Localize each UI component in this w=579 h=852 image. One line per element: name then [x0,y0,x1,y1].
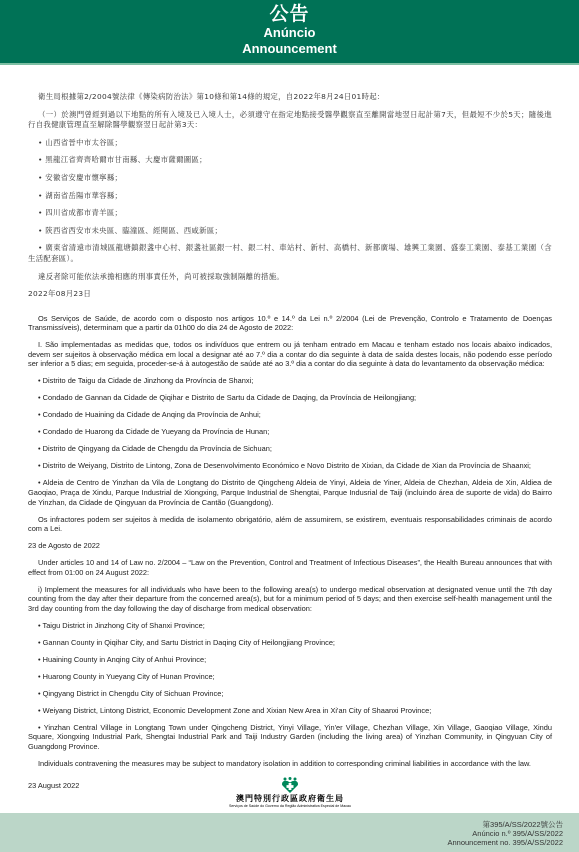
zh-location-item: • 廣東省清遠市清城區龍塘鎮銀盞中心村、銀盞社區銀一村、銀二村、車站村、新村、高… [28,243,552,264]
en-location-item: • Huarong County in Yueyang City of Huna… [28,672,552,682]
english-section: Under articles 10 and 14 of Law no. 2/20… [28,558,552,790]
zh-location-item: • 四川省成都市青羊區； [28,208,552,219]
pt-intro: Os Serviços de Saúde, de acordo com o di… [28,314,552,333]
pt-location-item: • Distrito de Taigu da Cidade de Jinzhon… [28,376,552,386]
en-location-item: • Taigu District in Jinzhong City of Sha… [28,621,552,631]
title-en: Announcement [0,41,579,57]
title-pt: Anúncio [0,25,579,41]
ref-pt: Anúncio n.º 395/A/SS/2022 [447,829,563,838]
zh-measure: （一）於澳門曾經到過以下地點的所有入境及已入境人士，必須遵守在指定地點接受醫學觀… [28,110,552,131]
en-location-item: • Yinzhan Central Village in Longtang To… [28,723,552,752]
announcement-reference: 第395/A/SS/2022號公告 Anúncio n.º 395/A/SS/2… [447,820,563,847]
zh-intro: 衛生局根據第2/2004號法律《傳染病防治法》第10條和第14條的規定，自202… [28,92,552,103]
ref-zh: 第395/A/SS/2022號公告 [447,820,563,829]
pt-location-item: • Condado de Gannan da Cidade de Qiqihar… [28,393,552,403]
pt-location-item: • Aldeia de Centro de Yinzhan da Vila de… [28,478,552,507]
health-bureau-logo: 澳門特別行政區政府衛生局 Serviços de Saúde do Govern… [200,777,380,809]
en-intro: Under articles 10 and 14 of Law no. 2/20… [28,558,552,577]
zh-penalty: 違反者除可能依法承擔相應的刑事責任外，尚可被採取強制隔離的措施。 [28,272,552,283]
announcement-body: 衛生局根據第2/2004號法律《傳染病防治法》第10條和第14條的規定，自202… [28,92,552,798]
pt-measure: I. São implementadas as medidas que, tod… [28,340,552,369]
zh-location-item: • 黑龍江省齊齊哈爾市甘南縣、大慶市薩爾圖區； [28,155,552,166]
zh-location-item: • 陝西省西安市未央區、臨潼區、經開區、西咸新區； [28,226,552,237]
bureau-name-zh: 澳門特別行政區政府衛生局 [200,794,380,804]
pt-location-item: • Distrito de Qingyang da Cidade de Chen… [28,444,552,454]
ref-en: Announcement no. 395/A/SS/2022 [447,838,563,847]
en-penalty: Individuals contravening the measures ma… [28,759,552,769]
pt-location-item: • Condado de Huaining da Cidade de Anqin… [28,410,552,420]
announcement-header: 公告 Anúncio Announcement [0,0,579,65]
pt-location-item: • Condado de Huarong da Cidade de Yueyan… [28,427,552,437]
zh-date: 2022年08月23日 [28,289,552,300]
bureau-name-pt: Serviços de Saúde do Governo da Região A… [200,804,380,809]
pt-date: 23 de Agosto de 2022 [28,541,552,551]
chinese-section: 衛生局根據第2/2004號法律《傳染病防治法》第10條和第14條的規定，自202… [28,92,552,300]
en-location-item: • Qingyang District in Chengdu City of S… [28,689,552,699]
pt-location-item: • Distrito de Weiyang, Distrito de Linto… [28,461,552,471]
health-bureau-heart-cross-icon [281,777,299,794]
en-location-item: • Huaining County in Anqing City of Anhu… [28,655,552,665]
en-location-item: • Weiyang District, Lintong District, Ec… [28,706,552,716]
title-zh: 公告 [0,0,579,25]
portuguese-section: Os Serviços de Saúde, de acordo com o di… [28,314,552,551]
en-measure: i) Implement the measures for all indivi… [28,585,552,614]
pt-penalty: Os infractores podem ser sujeitos à medi… [28,515,552,534]
footer-band: 第395/A/SS/2022號公告 Anúncio n.º 395/A/SS/2… [0,813,579,852]
zh-location-item: • 山西省晉中市太谷區； [28,138,552,149]
en-location-item: • Gannan County in Qiqihar City, and Sar… [28,638,552,648]
zh-location-item: • 安徽省安慶市懷寧縣； [28,173,552,184]
zh-location-item: • 湖南省岳陽市華容縣； [28,191,552,202]
